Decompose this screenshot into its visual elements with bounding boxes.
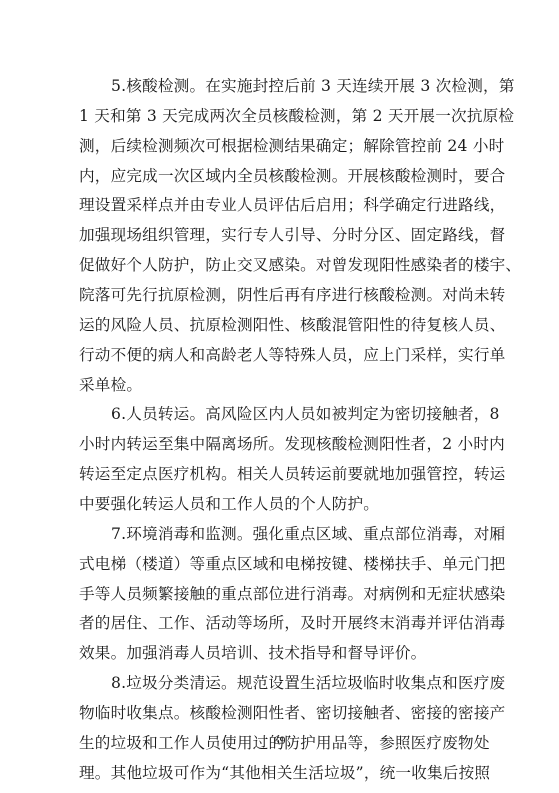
text-line: 式电梯（楼道）等重点区域和电梯按键、楼梯扶手、单元门把 — [79, 550, 485, 580]
text-line: 手等人员频繁接触的重点部位进行消毒。对病例和无症状感染 — [79, 580, 485, 610]
text-line: 6.人员转运。高风险区内人员如被判定为密切接触者，8 — [79, 400, 485, 430]
text-line: 加强现场组织管理，实行专人引导、分时分区、固定路线，督 — [79, 221, 485, 251]
text-line: 测，后续检测频次可根据检测结果确定；解除管控前 24 小时 — [79, 132, 485, 162]
body-text: 5.核酸检测。在实施封控后前 3 天连续开展 3 次检测，第 1 天和第 3 天… — [79, 72, 485, 789]
text-line: 物临时收集点。核酸检测阳性者、密切接触者、密接的密接产 — [79, 699, 485, 729]
text-line: 理。其他垃圾可作为“其他相关生活垃圾”，统一收集后按照 — [79, 759, 485, 789]
text-line: 院落可先行抗原检测，阴性后再有序进行核酸检测。对尚未转 — [79, 281, 485, 311]
text-line: 促做好个人防护，防止交叉感染。对曾发现阳性感染者的楼宇、 — [79, 251, 485, 281]
text-line: 1 天和第 3 天完成两次全员核酸检测，第 2 天开展一次抗原检 — [79, 102, 485, 132]
page-number: 69 — [0, 733, 559, 748]
text-line: 行动不便的病人和高龄老人等特殊人员，应上门采样，实行单 — [79, 341, 485, 371]
text-line: 采单检。 — [79, 371, 485, 401]
text-line: 内，应完成一次区域内全员核酸检测。开展核酸检测时，要合 — [79, 162, 485, 192]
paragraph-garbage-sorting: 8.垃圾分类清运。规范设置生活垃圾临时收集点和医疗废 物临时收集点。核酸检测阳性… — [79, 669, 485, 788]
text-line: 5.核酸检测。在实施封控后前 3 天连续开展 3 次检测，第 — [79, 72, 485, 102]
text-line: 8.垃圾分类清运。规范设置生活垃圾临时收集点和医疗废 — [79, 669, 485, 699]
text-line: 理设置采样点并由专业人员评估后启用；科学确定行进路线， — [79, 191, 485, 221]
document-page: 5.核酸检测。在实施封控后前 3 天连续开展 3 次检测，第 1 天和第 3 天… — [0, 0, 559, 793]
text-line: 者的居住、工作、活动等场所，及时开展终末消毒并评估消毒 — [79, 609, 485, 639]
text-line: 转运至定点医疗机构。相关人员转运前要就地加强管控，转运 — [79, 460, 485, 490]
paragraph-nucleic-acid-testing: 5.核酸检测。在实施封控后前 3 天连续开展 3 次检测，第 1 天和第 3 天… — [79, 72, 485, 400]
text-line: 小时内转运至集中隔离场所。发现核酸检测阳性者，2 小时内 — [79, 430, 485, 460]
text-line: 运的风险人员、抗原检测阳性、核酸混管阳性的待复核人员、 — [79, 311, 485, 341]
paragraph-personnel-transfer: 6.人员转运。高风险区内人员如被判定为密切接触者，8 小时内转运至集中隔离场所。… — [79, 400, 485, 519]
text-line: 效果。加强消毒人员培训、技术指导和督导评价。 — [79, 639, 485, 669]
text-line: 7.环境消毒和监测。强化重点区域、重点部位消毒，对厢 — [79, 520, 485, 550]
text-line: 中要强化转运人员和工作人员的个人防护。 — [79, 490, 485, 520]
paragraph-environmental-disinfection: 7.环境消毒和监测。强化重点区域、重点部位消毒，对厢 式电梯（楼道）等重点区域和… — [79, 520, 485, 669]
